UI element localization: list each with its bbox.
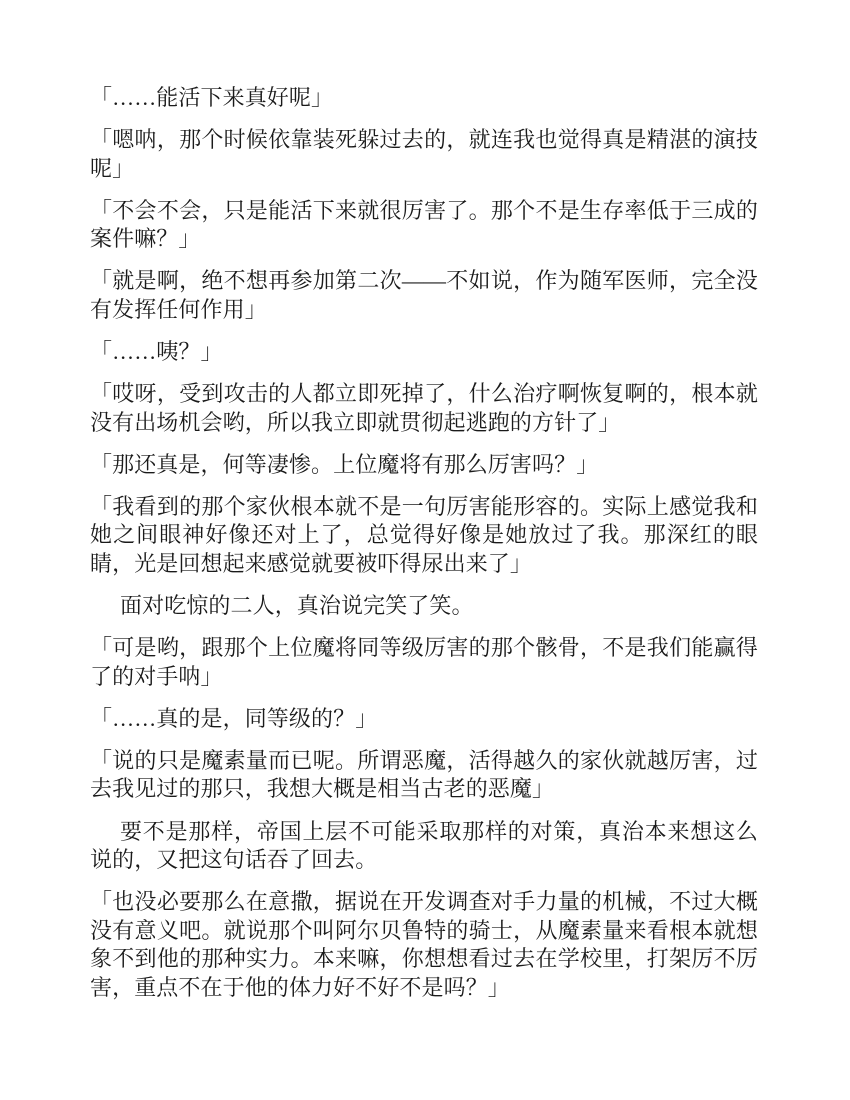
paragraph: 「也没必要那么在意撒，据说在开发调查对手力量的机械，不过大概没有意义吧。就说那个… [90, 888, 758, 1002]
paragraph: 「嗯呐，那个时候依靠装死躲过去的，就连我也觉得真是精湛的演技呢」 [90, 126, 758, 183]
paragraph: 「就是啊，绝不想再参加第二次——不如说，作为随军医师，完全没有发挥任何作用」 [90, 267, 758, 324]
paragraph: 要不是那样，帝国上层不可能采取那样的对策，真治本来想这么说的，又把这句话吞了回去… [90, 818, 758, 875]
paragraph: 「……真的是，同等级的？」 [90, 705, 758, 733]
paragraph: 「……能活下来真好呢」 [90, 84, 758, 112]
paragraph: 「……咦？」 [90, 338, 758, 366]
paragraph: 「那还真是，何等凄惨。上位魔将有那么厉害吗？」 [90, 451, 758, 479]
paragraph: 「我看到的那个家伙根本就不是一句厉害能形容的。实际上感觉我和她之间眼神好像还对上… [90, 493, 758, 578]
paragraph: 面对吃惊的二人，真治说完笑了笑。 [90, 592, 758, 620]
novel-page: { "page": { "background": "#ffffff", "te… [0, 0, 850, 1100]
paragraph: 「不会不会，只是能活下来就很厉害了。那个不是生存率低于三成的案件嘛？」 [90, 197, 758, 254]
text-column: 「……能活下来真好呢」 「嗯呐，那个时候依靠装死躲过去的，就连我也觉得真是精湛的… [90, 84, 758, 1016]
paragraph: 「可是哟，跟那个上位魔将同等级厉害的那个骸骨，不是我们能赢得了的对手呐」 [90, 634, 758, 691]
paragraph: 「说的只是魔素量而已呢。所谓恶魔，活得越久的家伙就越厉害，过去我见过的那只，我想… [90, 747, 758, 804]
paragraph: 「哎呀，受到攻击的人都立即死掉了，什么治疗啊恢复啊的，根本就没有出场机会哟，所以… [90, 380, 758, 437]
